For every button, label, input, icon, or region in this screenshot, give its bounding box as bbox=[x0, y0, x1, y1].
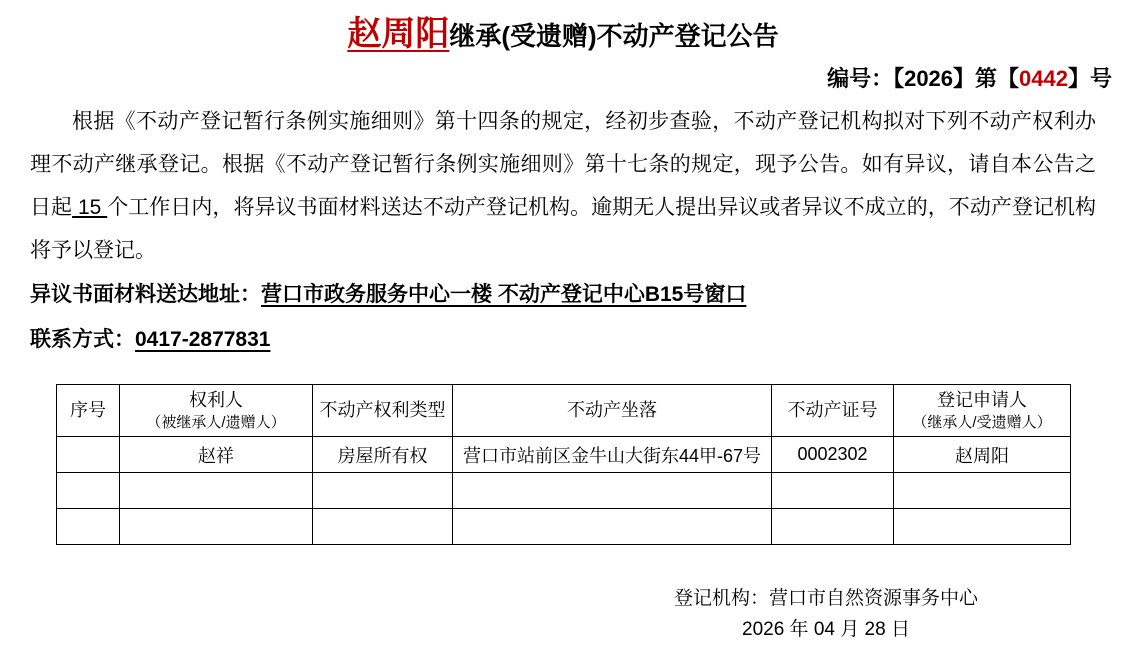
cell-applicant: 赵周阳 bbox=[894, 437, 1071, 473]
property-table: 序号 权利人（被继承人/遗赠人） 不动产权利类型 不动产坐落 不动产证号 登记申… bbox=[56, 384, 1071, 545]
cell-seq bbox=[57, 473, 120, 509]
cell-location bbox=[453, 509, 772, 545]
contact-phone: 0417-2877831 bbox=[135, 328, 270, 351]
cell-applicant bbox=[894, 509, 1071, 545]
notice-date: 2026 年 04 月 28 日 bbox=[674, 614, 978, 645]
cell-seq bbox=[57, 509, 120, 545]
header-owner: 权利人（被继承人/遗赠人） bbox=[120, 385, 313, 437]
heir-name: 赵周阳 bbox=[347, 15, 449, 53]
table-row bbox=[57, 473, 1071, 509]
cell-right-type: 房屋所有权 bbox=[313, 437, 453, 473]
doc-number-line: 编号：【2026】第【0442】号 bbox=[0, 64, 1126, 94]
body-text-after: 个工作日内，将异议书面材料送达不动产登记机构。逾期无人提出异议或者异议不成立的，… bbox=[30, 196, 1096, 262]
title-text: 继承(受遗赠)不动产登记公告 bbox=[449, 21, 778, 51]
doc-number-value: 0442 bbox=[1019, 66, 1068, 91]
contact-label: 联系方式： bbox=[30, 328, 135, 351]
header-seq: 序号 bbox=[57, 385, 120, 437]
objection-address-label: 异议书面材料送达地址： bbox=[30, 283, 261, 306]
header-location: 不动产坐落 bbox=[453, 385, 772, 437]
notice-body-paragraph: 根据《不动产登记暂行条例实施细则》第十四条的规定，经初步查验，不动产登记机构拟对… bbox=[30, 100, 1096, 272]
cell-owner: 赵祥 bbox=[120, 437, 313, 473]
cell-location bbox=[453, 473, 772, 509]
table-header-row: 序号 权利人（被继承人/遗赠人） 不动产权利类型 不动产坐落 不动产证号 登记申… bbox=[57, 385, 1071, 437]
table-row: 赵祥 房屋所有权 营口市站前区金牛山大街东44甲-67号 0002302 赵周阳 bbox=[57, 437, 1071, 473]
cell-right-type bbox=[313, 473, 453, 509]
contact-line: 联系方式：0417-2877831 bbox=[30, 317, 1096, 362]
cell-right-type bbox=[313, 509, 453, 545]
header-cert-no: 不动产证号 bbox=[772, 385, 894, 437]
objection-address-value: 营口市政务服务中心一楼 不动产登记中心B15号窗口 bbox=[261, 283, 746, 306]
cell-owner bbox=[120, 509, 313, 545]
cell-owner bbox=[120, 473, 313, 509]
cell-applicant bbox=[894, 473, 1071, 509]
cell-cert-no: 0002302 bbox=[772, 437, 894, 473]
notice-document: 赵周阳继承(受遗赠)不动产登记公告 编号：【2026】第【0442】号 根据《不… bbox=[0, 0, 1126, 669]
header-right-type: 不动产权利类型 bbox=[313, 385, 453, 437]
cell-seq bbox=[57, 437, 120, 473]
page-title: 赵周阳继承(受遗赠)不动产登记公告 bbox=[0, 0, 1126, 58]
registration-authority: 登记机构：营口市自然资源事务中心 bbox=[674, 583, 978, 614]
cell-location: 营口市站前区金牛山大街东44甲-67号 bbox=[453, 437, 772, 473]
objection-days: 15 bbox=[72, 196, 107, 219]
cell-cert-no bbox=[772, 509, 894, 545]
table-row bbox=[57, 509, 1071, 545]
doc-number-prefix: 编号：【2026】第【 bbox=[827, 66, 1019, 91]
footer-block: 登记机构：营口市自然资源事务中心 2026 年 04 月 28 日 bbox=[674, 583, 978, 645]
objection-address-line: 异议书面材料送达地址：营口市政务服务中心一楼 不动产登记中心B15号窗口 bbox=[30, 272, 1096, 317]
header-applicant: 登记申请人（继承人/受遗赠人） bbox=[894, 385, 1071, 437]
cell-cert-no bbox=[772, 473, 894, 509]
doc-number-suffix: 】号 bbox=[1068, 66, 1112, 91]
